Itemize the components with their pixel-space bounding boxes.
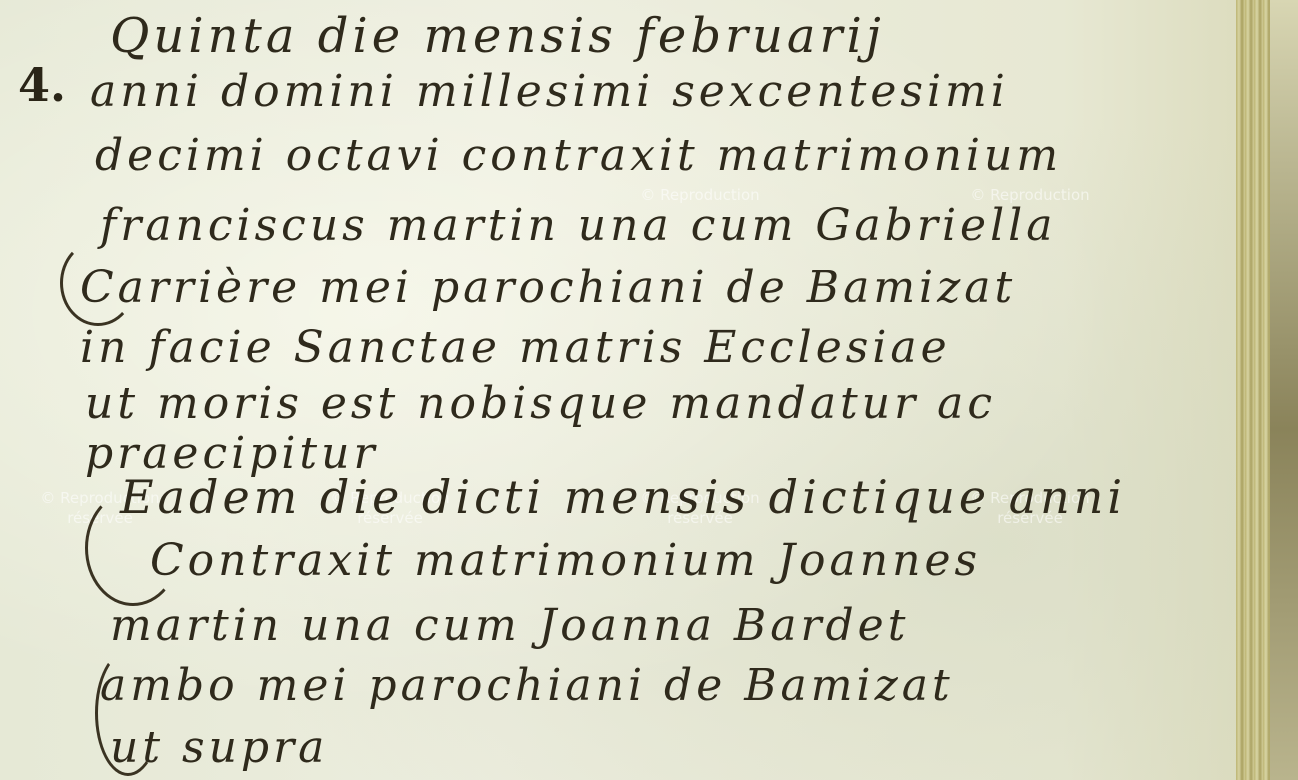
text-line-4: franciscus martin una cum Gabriella (100, 200, 1056, 251)
text-line-6: in facie Sanctae matris Ecclesiae (80, 322, 951, 373)
manuscript-page: © Reproduction réservée © Reproduction r… (0, 0, 1250, 780)
entry-number: 4. (18, 58, 66, 112)
text-line-10: Contraxit matrimonium Joannes (150, 535, 981, 586)
flourish-mark (95, 650, 161, 776)
book-backdrop (1270, 0, 1298, 780)
text-line-12: ambo mei parochiani de Bamizat (100, 660, 954, 711)
text-line-5: Carrière mei parochiani de Bamizat (80, 262, 1016, 313)
text-line-2: anni domini millesimi sexcentesimi (90, 66, 1009, 117)
page-edge (1236, 0, 1272, 780)
text-line-9: Eadem die dicti mensis dictique anni (120, 470, 1126, 524)
flourish-mark (85, 490, 181, 606)
text-line-11: martin una cum Joanna Bardet (110, 600, 909, 651)
text-line-3: decimi octavi contraxit matrimonium (95, 130, 1062, 181)
text-line-7: ut moris est nobisque mandatur ac (85, 378, 996, 429)
text-line-1: Quinta die mensis februarij (110, 8, 885, 64)
flourish-mark (60, 240, 136, 326)
